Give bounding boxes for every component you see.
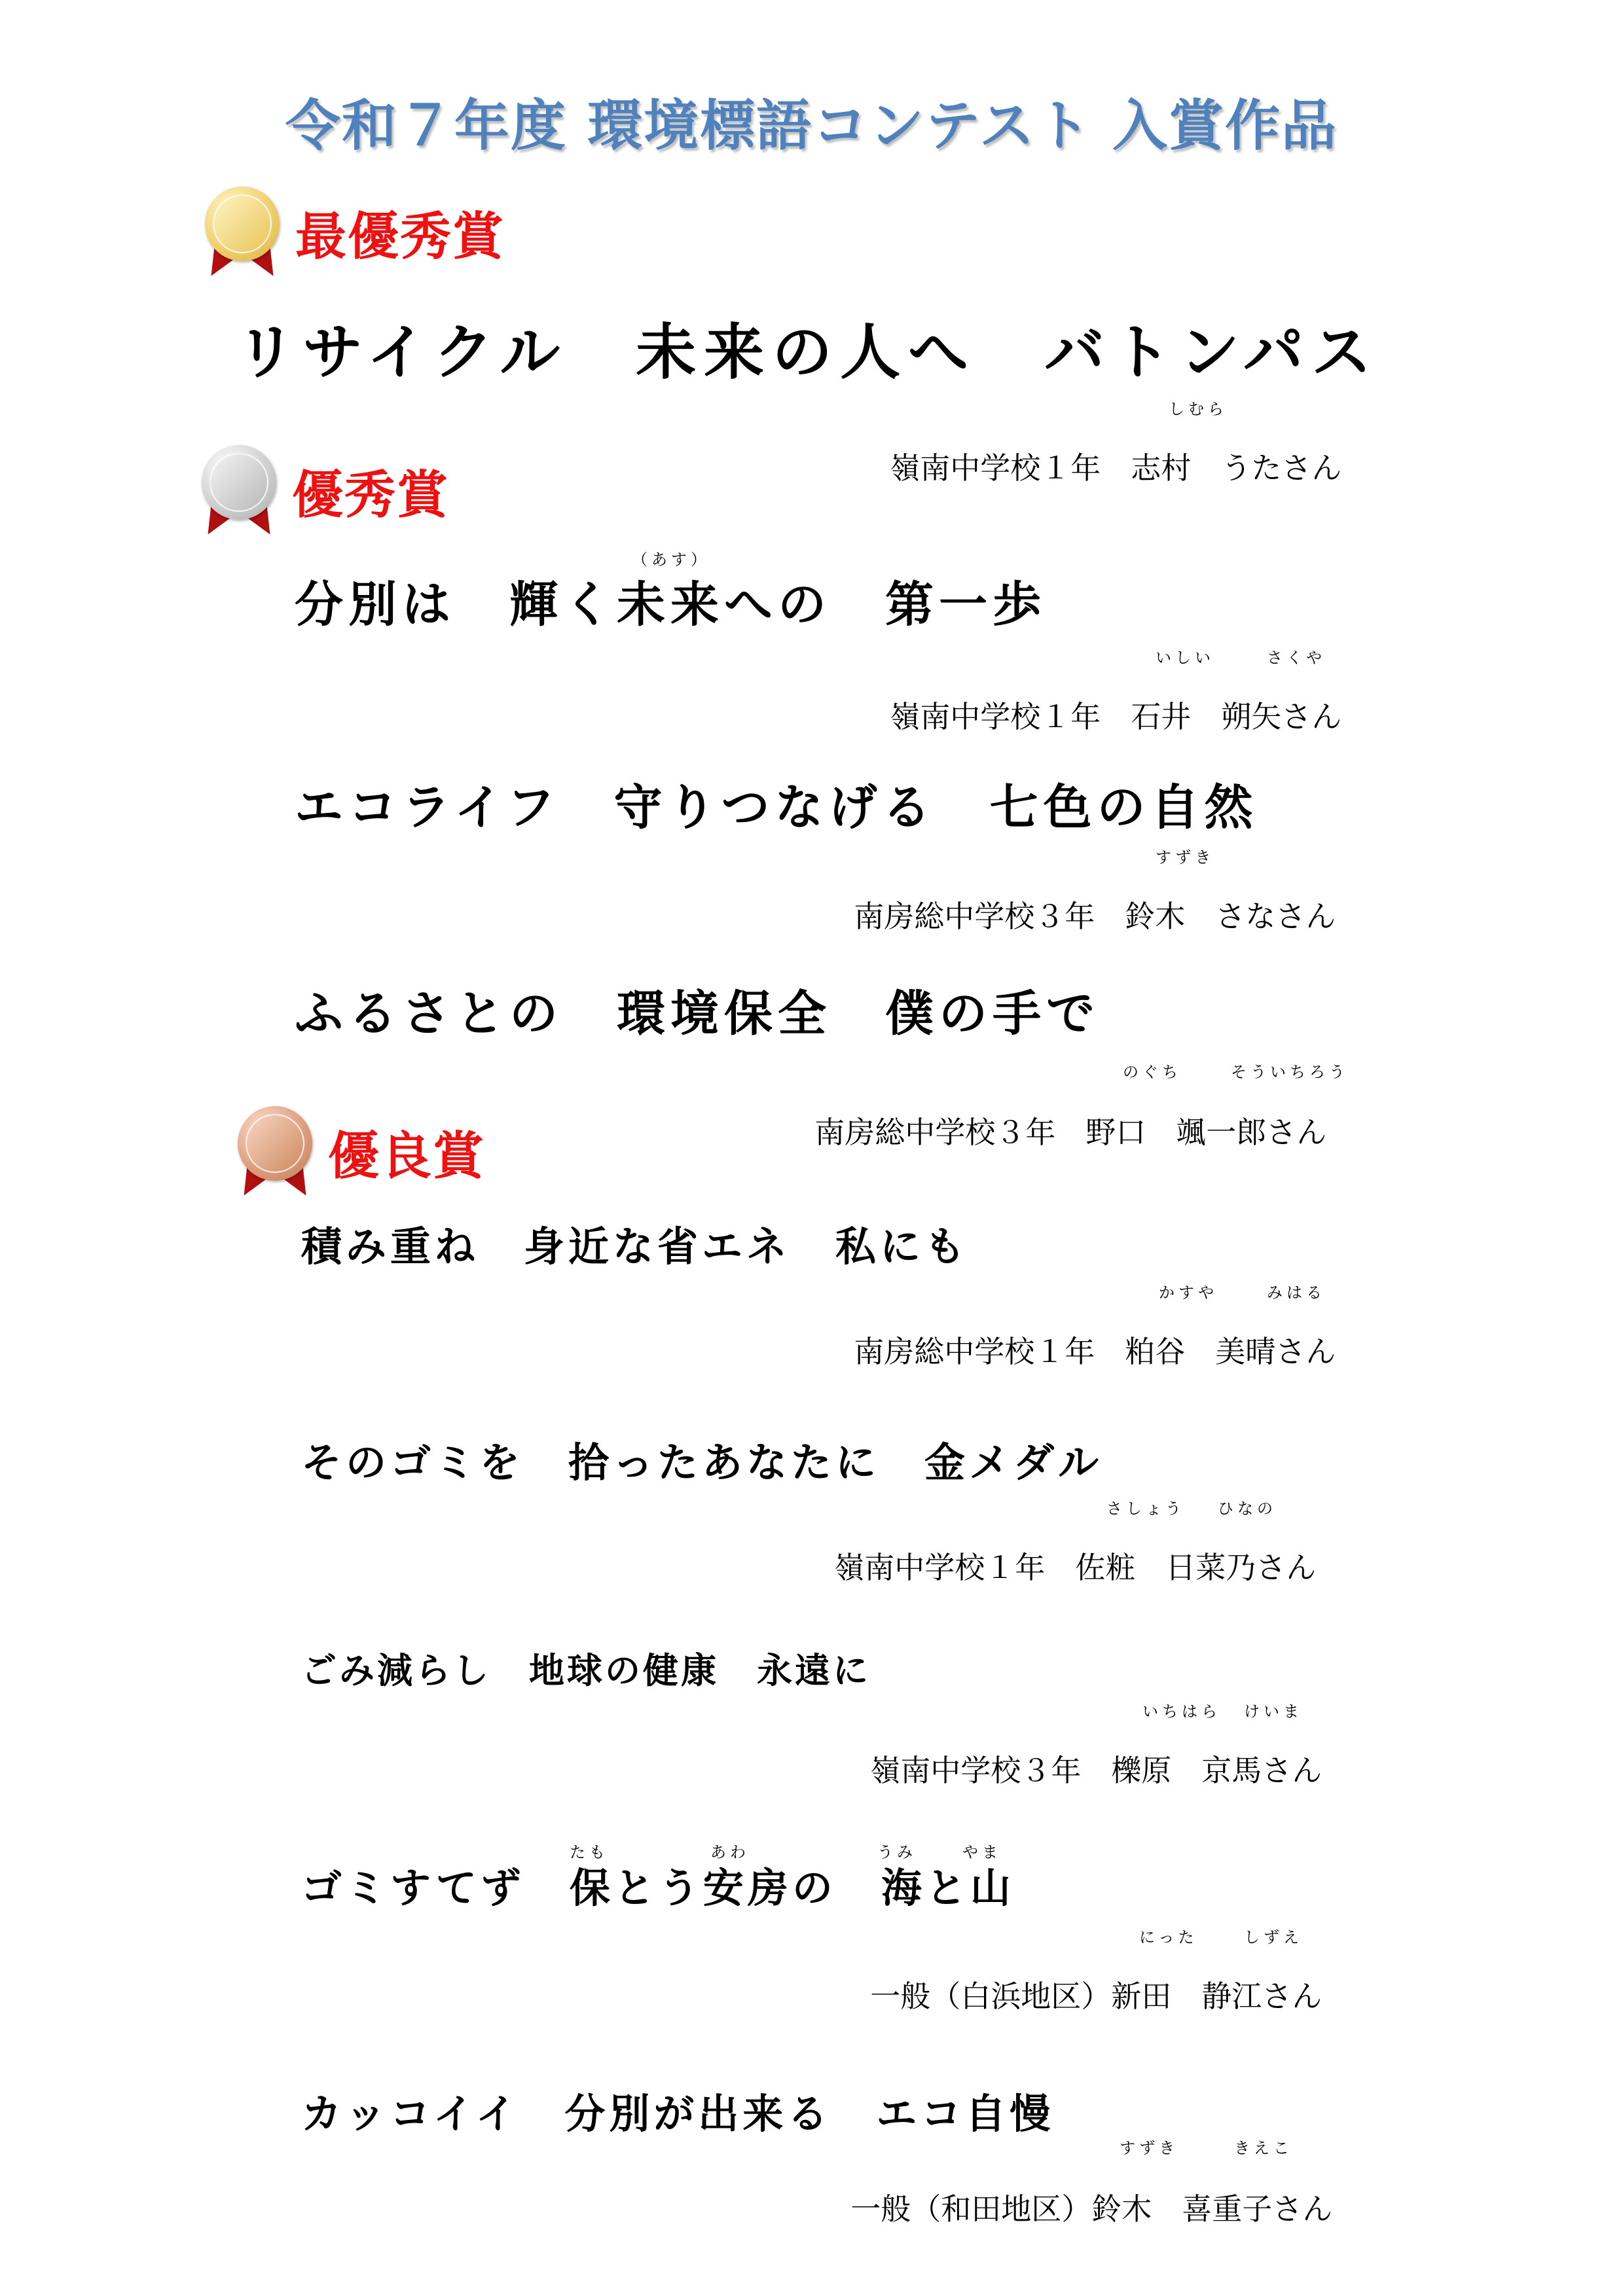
given-name: 朔矢 (1221, 699, 1281, 734)
slogan: カッコイイ 分別が出来る エコ自慢 (301, 2081, 1054, 2140)
author-line: 嶺南中学校１年 志村 うたさん (871, 409, 1341, 488)
given-name: 日菜乃 (1165, 1550, 1256, 1585)
award-label: 優良賞 (328, 1115, 485, 1189)
honorific: さん (1275, 899, 1336, 934)
author-line: 一般（和田地区）鈴木 喜重子さん (831, 2150, 1332, 2229)
surname: 粕谷 (1125, 1334, 1185, 1369)
surname: 石井 (1131, 699, 1191, 734)
award-label: 最優秀賞 (295, 196, 505, 269)
author-line: 嶺南中学校１年 石井 朔矢さん (871, 658, 1341, 736)
honorific: さん (1262, 1753, 1322, 1788)
affiliation: 嶺南中学校３年 (870, 1753, 1081, 1788)
honorific: さん (1275, 1334, 1336, 1369)
honorific: さん (1256, 1550, 1316, 1585)
author-line: 南房総中学校３年 野口 颯一郎さん (795, 1073, 1326, 1152)
surname: 櫟原 (1111, 1753, 1171, 1788)
award-label: 優秀賞 (292, 454, 449, 528)
honorific: さん (1262, 1979, 1322, 2014)
given-name: 美晴 (1215, 1334, 1275, 1369)
slogan: 分別は 輝く未来への 第一歩 (295, 566, 1046, 636)
surname: 志村 (1131, 450, 1191, 486)
affiliation: 南房総中学校３年 (814, 1115, 1055, 1150)
surname: 鈴木 (1091, 2191, 1152, 2227)
slogan: ごみ減らし 地球の健康 永遠に (301, 1643, 871, 1693)
gold-medal-icon (200, 187, 285, 278)
award-heading-excellent: 優秀賞 (196, 445, 449, 537)
bronze-medal-icon (232, 1106, 318, 1198)
slogan: そのゴミを 拾ったあなたに 金メダル (301, 1430, 1103, 1488)
author-line: 一般（白浜地区）新田 静江さん (851, 1937, 1322, 2016)
author-line: 南房総中学校１年 粕谷 美晴さん (835, 1293, 1336, 1371)
given-name: さな (1215, 899, 1275, 934)
slogan: ふるさとの 環境保全 僕の手で (295, 975, 1100, 1045)
surname: 新田 (1111, 1979, 1171, 2014)
affiliation: 嶺南中学校１年 (834, 1550, 1045, 1585)
affiliation: 一般（白浜地区） (870, 1979, 1111, 2014)
honorific: さん (1281, 450, 1341, 486)
given-name: 静江 (1201, 1979, 1262, 2014)
page-title: 令和７年度 環境標語コンテスト 入賞作品 (0, 82, 1623, 161)
slogan: リサイクル 未来の人へ バトンパス (236, 304, 1379, 391)
surname: 佐粧 (1075, 1550, 1135, 1585)
author-line: 南房総中学校３年 鈴木 さなさん (835, 857, 1336, 936)
given-name: 颯一郎 (1176, 1115, 1266, 1150)
given-name: うた (1221, 450, 1281, 486)
affiliation: 一般（和田地区） (850, 2191, 1091, 2227)
honorific: さん (1266, 1115, 1326, 1150)
honorific: さん (1281, 699, 1341, 734)
affiliation: 南房総中学校３年 (854, 899, 1095, 934)
given-name: 京馬 (1201, 1753, 1262, 1788)
affiliation: 嶺南中学校１年 (890, 699, 1101, 734)
slogan: エコライフ 守りつなげる 七色の自然 (295, 769, 1258, 838)
affiliation: 南房総中学校１年 (854, 1334, 1095, 1369)
given-name: 喜重子 (1182, 2191, 1272, 2227)
surname: 鈴木 (1125, 899, 1185, 934)
slogan: ゴミすてず 保とう安房の 海と山 (301, 1856, 1015, 1914)
affiliation: 嶺南中学校１年 (890, 450, 1101, 486)
silver-medal-icon (196, 445, 282, 537)
slogan: 積み重ね 身近な省エネ 私にも (301, 1214, 969, 1272)
honorific: さん (1272, 2191, 1332, 2227)
award-heading-grand: 最優秀賞 (200, 187, 505, 278)
award-heading-good: 優良賞 (232, 1106, 485, 1198)
author-line: 嶺南中学校３年 櫟原 京馬さん (851, 1712, 1322, 1790)
surname: 野口 (1085, 1115, 1146, 1150)
author-line: 嶺南中学校１年 佐粧 日菜乃さん (815, 1509, 1316, 1587)
